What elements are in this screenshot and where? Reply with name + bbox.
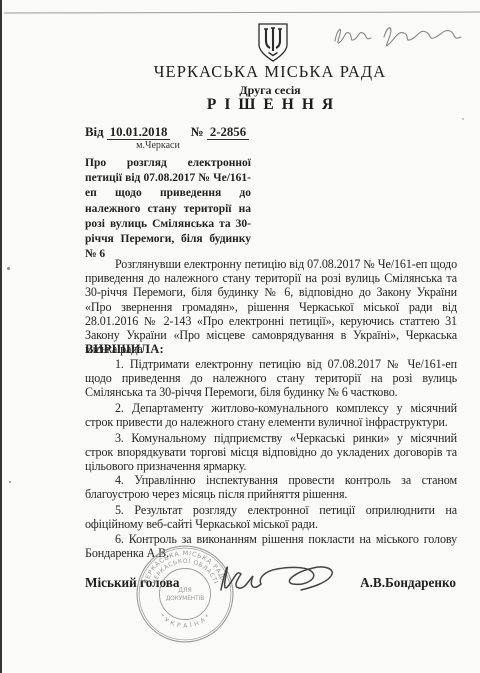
stamp-center-line2: ДОКУМЕНТІВ — [166, 596, 204, 602]
decision-item-1: 1. Підтримати електронну петицію від 07.… — [85, 357, 457, 400]
coat-of-arms-icon — [255, 22, 291, 64]
number-value: 2-2856 — [207, 125, 249, 140]
signature-scribble — [213, 546, 343, 601]
stamp-center-line1: ДЛЯ — [178, 587, 192, 594]
decision-item-5: 5. Результат розгляду електронної петиці… — [85, 503, 457, 531]
number-label: № — [191, 125, 204, 139]
date-line: Від 10.01.2018 № 2-2856 — [85, 125, 249, 140]
scan-left-edge-artifact — [0, 0, 2, 673]
org-name: ЧЕРКАСЬКА МІСЬКА РАДА — [55, 62, 480, 82]
decision-item-3: 3. Комунальному підприємству «Черкаські … — [85, 431, 457, 474]
resolved-label: ВИРІШИЛА: — [85, 342, 457, 356]
stamp-ring-bottom-text: * У К Р А Ї Н А * — [158, 613, 211, 629]
decision-item-4: 4. Управлінню інспектування провести кон… — [85, 473, 457, 501]
date-label: Від — [85, 125, 104, 139]
date-value: 10.01.2018 — [107, 125, 171, 140]
city-label: м.Черкаси — [98, 140, 218, 151]
handwritten-note — [330, 14, 472, 58]
scan-speck — [9, 481, 11, 483]
scan-speck — [462, 118, 464, 120]
decision-item-2: 2. Департаменту житлово-комунального ком… — [85, 401, 457, 429]
subject-block: Про розгляд електронної петиції від 07.0… — [85, 156, 251, 262]
signatory-name: А.В.Бондаренко — [360, 575, 456, 591]
scan-speck — [7, 267, 10, 270]
doc-type-title: РІШЕННЯ — [55, 96, 480, 114]
document-page: ЧЕРКАСЬКА МІСЬКА РАДА Друга сесія РІШЕНН… — [0, 0, 480, 673]
